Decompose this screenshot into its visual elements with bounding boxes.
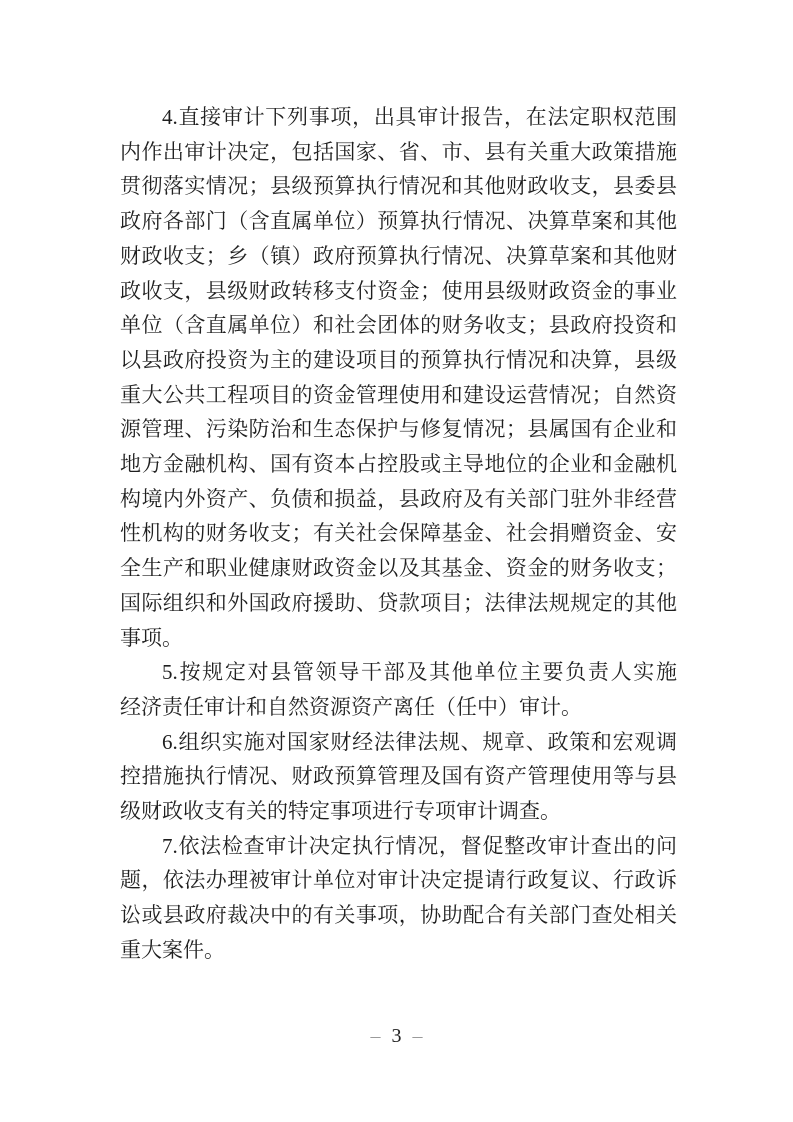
text-line: 经济责任审计和自然资源资产离任（任中）审计。	[120, 690, 677, 725]
document-page: 4.直接审计下列事项，出具审计报告，在法定职权范围 内作出审计决定，包括国家、省…	[0, 0, 793, 1122]
text-line: 4.直接审计下列事项，出具审计报告，在法定职权范围	[120, 100, 677, 135]
page-footer: –3–	[0, 1023, 793, 1049]
text-line: 题，依法办理被审计单位对审计决定提请行政复议、行政诉	[120, 863, 677, 898]
text-line: 全生产和职业健康财政资金以及其基金、资金的财务收支；	[120, 551, 677, 586]
text-line: 贯彻落实情况；县级预算执行情况和其他财政收支，县委县	[120, 169, 677, 204]
text-line: 重大公共工程项目的资金管理使用和建设运营情况；自然资	[120, 378, 677, 413]
text-line: 财政收支；乡（镇）政府预算执行情况、决算草案和其他财	[120, 239, 677, 274]
text-line: 源管理、污染防治和生态保护与修复情况；县属国有企业和	[120, 412, 677, 447]
text-line: 6.组织实施对国家财经法律法规、规章、政策和宏观调	[120, 725, 677, 760]
text-line: 内作出审计决定，包括国家、省、市、县有关重大政策措施	[120, 135, 677, 170]
text-line: 构境内外资产、负债和损益，县政府及有关部门驻外非经营	[120, 482, 677, 517]
paragraph-item-4: 4.直接审计下列事项，出具审计报告，在法定职权范围 内作出审计决定，包括国家、省…	[120, 100, 677, 655]
paragraph-item-6: 6.组织实施对国家财经法律法规、规章、政策和宏观调 控措施执行情况、财政预算管理…	[120, 725, 677, 829]
text-line: 地方金融机构、国有资本占控股或主导地位的企业和金融机	[120, 447, 677, 482]
text-line: 7.依法检查审计决定执行情况，督促整改审计查出的问	[120, 829, 677, 864]
document-body: 4.直接审计下列事项，出具审计报告，在法定职权范围 内作出审计决定，包括国家、省…	[120, 100, 677, 968]
text-line: 事项。	[120, 621, 677, 656]
paragraph-item-5: 5.按规定对县管领导干部及其他单位主要负责人实施 经济责任审计和自然资源资产离任…	[120, 655, 677, 724]
footer-dash-right: –	[413, 1025, 423, 1047]
text-line: 5.按规定对县管领导干部及其他单位主要负责人实施	[120, 655, 677, 690]
text-line: 政收支，县级财政转移支付资金；使用县级财政资金的事业	[120, 274, 677, 309]
text-line: 政府各部门（含直属单位）预算执行情况、决算草案和其他	[120, 204, 677, 239]
paragraph-item-7: 7.依法检查审计决定执行情况，督促整改审计查出的问 题，依法办理被审计单位对审计…	[120, 829, 677, 968]
text-line: 以县政府投资为主的建设项目的预算执行情况和决算，县级	[120, 343, 677, 378]
page-number: 3	[392, 1025, 402, 1047]
text-line: 重大案件。	[120, 933, 677, 968]
text-line: 国际组织和外国政府援助、贷款项目；法律法规规定的其他	[120, 586, 677, 621]
text-line: 单位（含直属单位）和社会团体的财务收支；县政府投资和	[120, 308, 677, 343]
footer-dash-left: –	[371, 1025, 381, 1047]
text-line: 控措施执行情况、财政预算管理及国有资产管理使用等与县	[120, 759, 677, 794]
text-line: 性机构的财务收支；有关社会保障基金、社会捐赠资金、安	[120, 516, 677, 551]
text-line: 级财政收支有关的特定事项进行专项审计调查。	[120, 794, 677, 829]
text-line: 讼或县政府裁决中的有关事项，协助配合有关部门查处相关	[120, 898, 677, 933]
